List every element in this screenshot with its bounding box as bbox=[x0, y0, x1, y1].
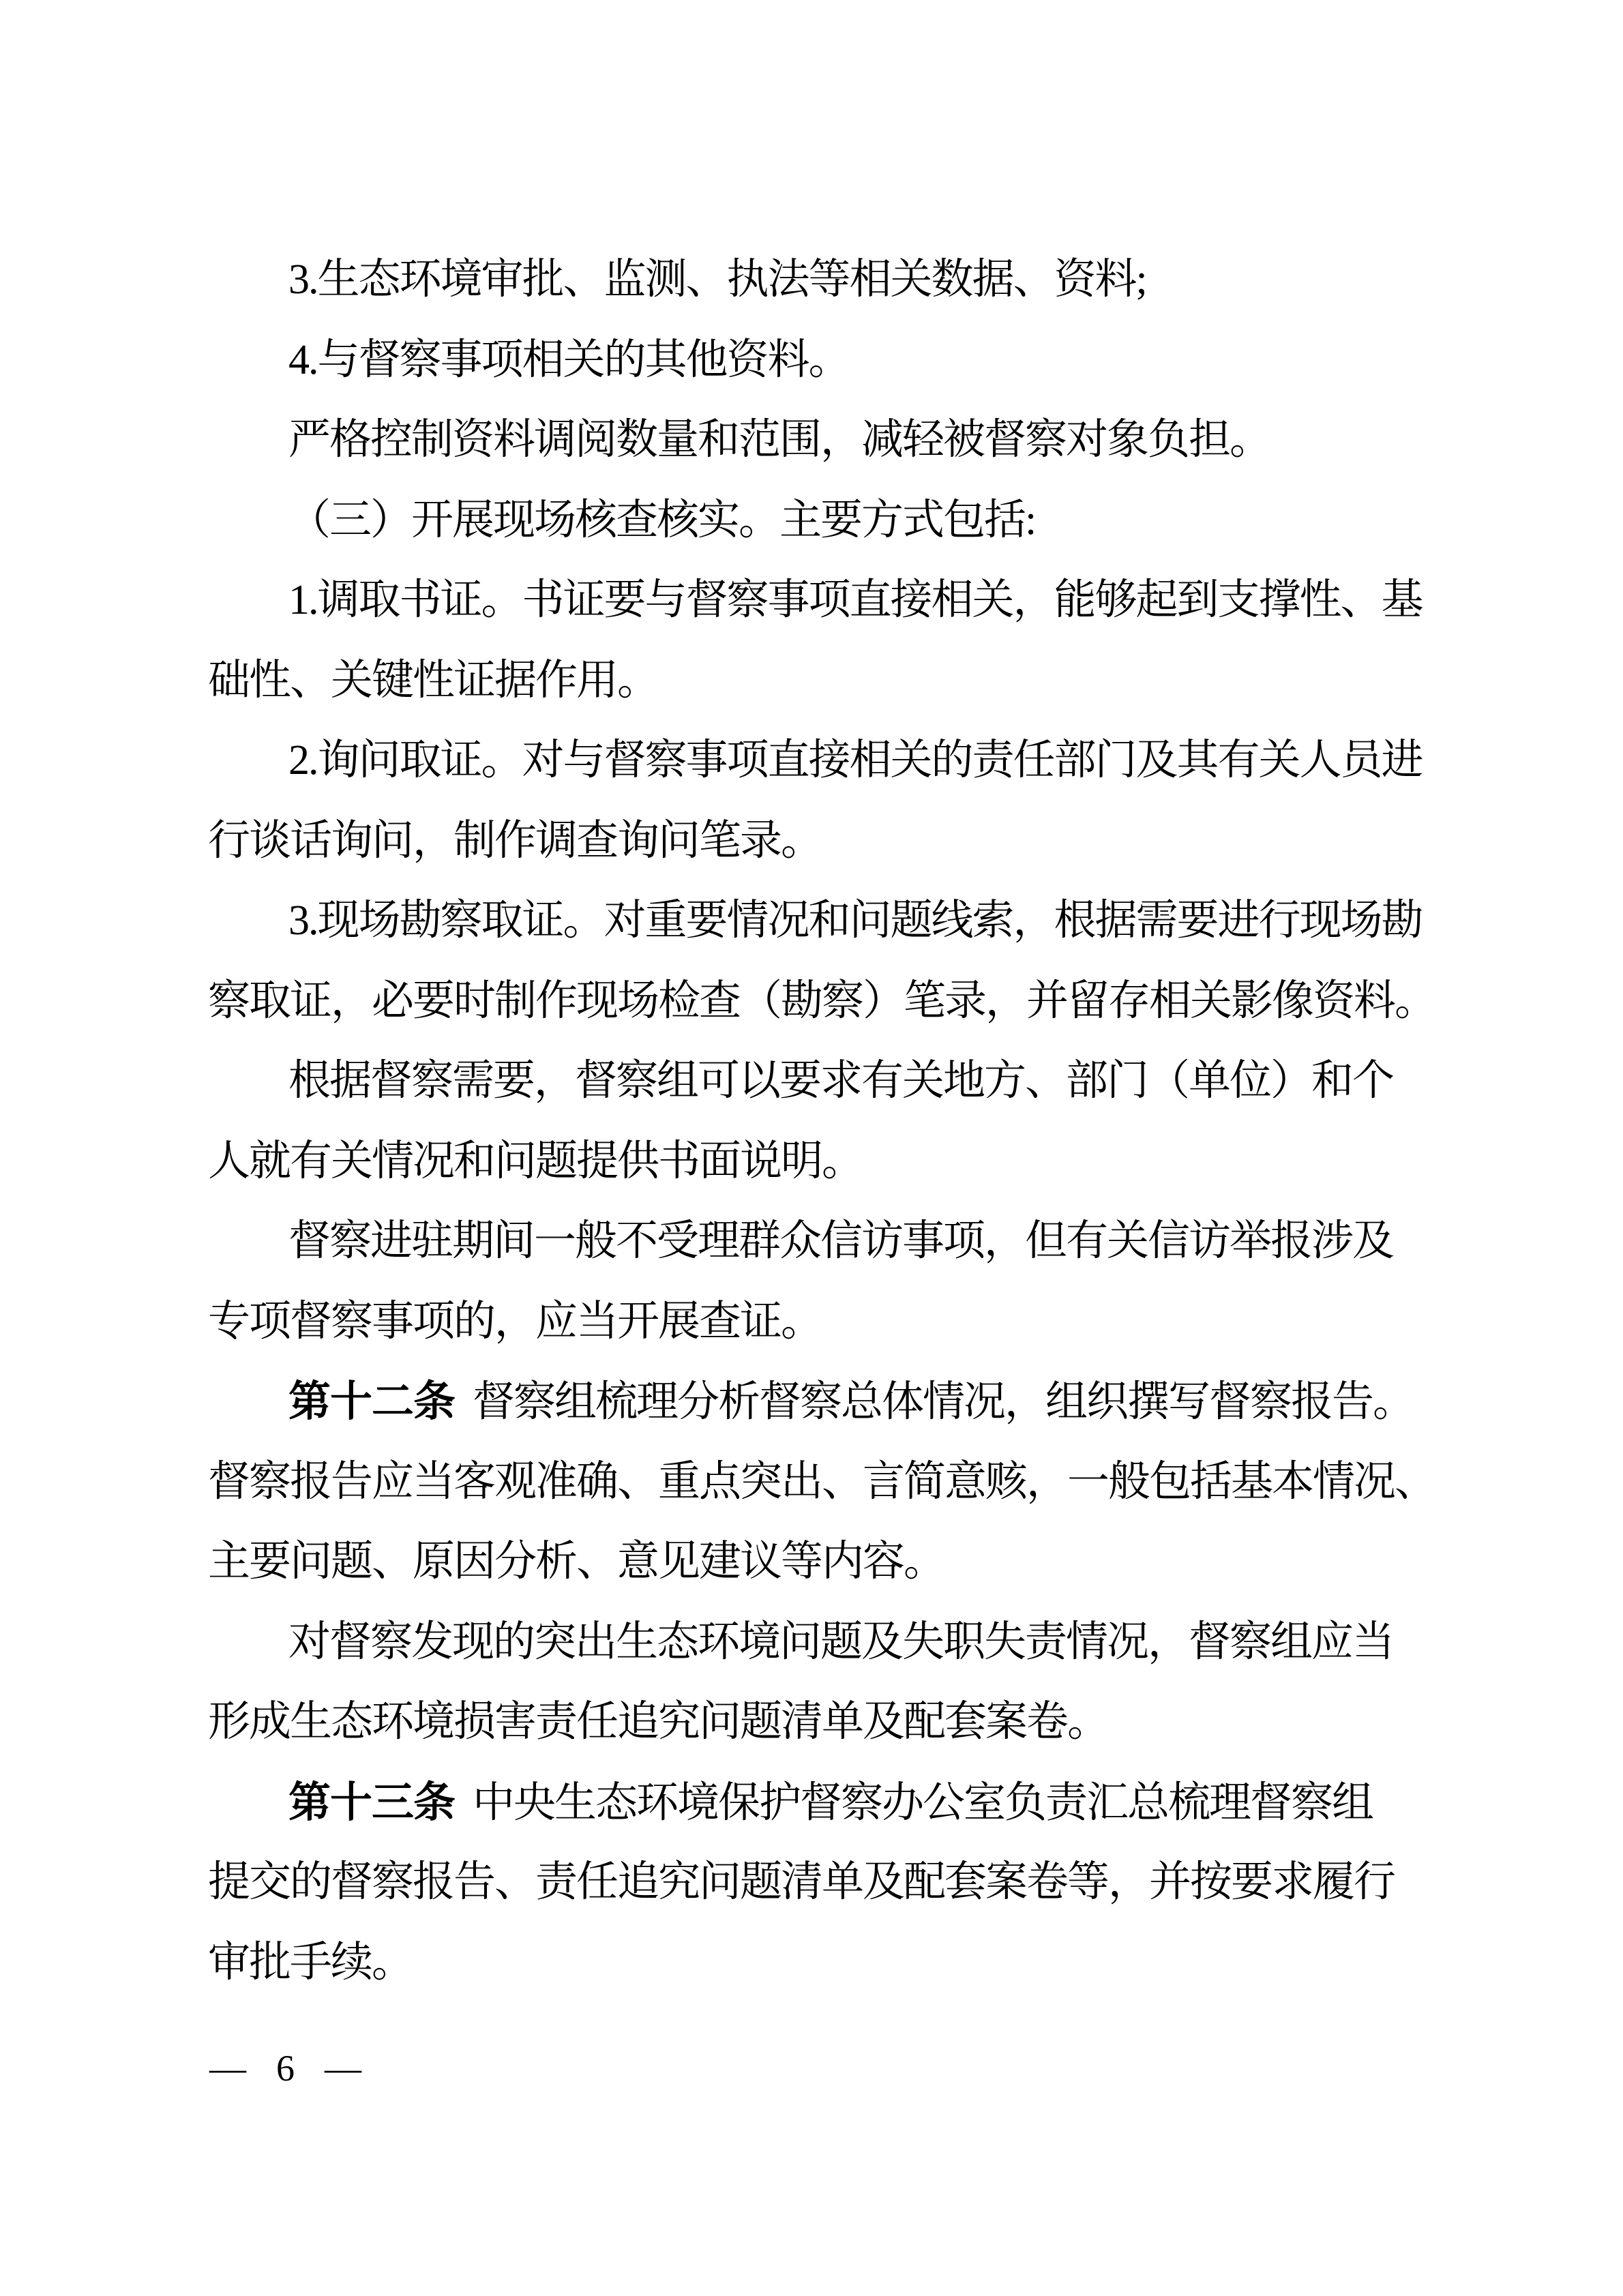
paragraph-line: 础性、关键性证据作用。 bbox=[208, 641, 1425, 721]
line-text: 人就有关情况和问题提供书面说明。 bbox=[208, 1138, 863, 1184]
line-text: 中央生态环境保护督察办公室负责汇总梳理督察组 bbox=[473, 1780, 1373, 1826]
line-text: 础性、关键性证据作用。 bbox=[208, 657, 658, 704]
line-text: 督察组梳理分析督察总体情况，组织撰写督察报告。 bbox=[473, 1379, 1414, 1425]
paragraph-line: 督察报告应当客观准确、重点突出、言简意赅，一般包括基本情况、 bbox=[208, 1442, 1425, 1523]
line-text: （三）开展现场核查核实。主要方式包括: bbox=[288, 497, 1035, 543]
page-footer: — 6 — bbox=[209, 2046, 361, 2091]
paragraph-line: 人就有关情况和问题提供书面说明。 bbox=[208, 1122, 1425, 1202]
footer-dash-right: — bbox=[325, 2047, 361, 2089]
paragraph-line: 提交的督察报告、责任追究问题清单及配套案卷等，并按要求履行 bbox=[208, 1843, 1425, 1923]
paragraph-line: 对督察发现的突出生态环境问题及失职失责情况，督察组应当 bbox=[208, 1602, 1425, 1683]
line-text: 3.现场勘察取证。对重要情况和问题线索，根据需要进行现场勘 bbox=[288, 897, 1423, 944]
line-text: 督察报告应当客观准确、重点突出、言简意赅，一般包括基本情况、 bbox=[208, 1459, 1435, 1505]
footer-dash-left: — bbox=[209, 2047, 246, 2089]
paragraph-line: 专项督察事项的，应当开展查证。 bbox=[208, 1282, 1425, 1362]
article-12-heading: 第十二条 bbox=[288, 1378, 455, 1425]
paragraph-line: 察取证，必要时制作现场检查（勘察）笔录，并留存相关影像资料。 bbox=[208, 961, 1425, 1042]
article-13-heading: 第十三条 bbox=[288, 1779, 455, 1826]
line-text: 对督察发现的突出生态环境问题及失职失责情况，督察组应当 bbox=[288, 1619, 1393, 1665]
paragraph-line: 3.生态环境审批、监测、执法等相关数据、资料; bbox=[208, 240, 1425, 320]
line-text: 根据督察需要，督察组可以要求有关地方、部门（单位）和个 bbox=[288, 1058, 1393, 1104]
document-page: 3.生态环境审批、监测、执法等相关数据、资料; 4.与督察事项相关的其他资料。 … bbox=[0, 0, 1623, 2296]
paragraph-line: 严格控制资料调阅数量和范围，减轻被督察对象负担。 bbox=[208, 400, 1425, 481]
line-text: 4.与督察事项相关的其他资料。 bbox=[288, 337, 850, 383]
line-text: 形成生态环境损害责任追究问题清单及配套案卷。 bbox=[208, 1699, 1108, 1745]
paragraph-line: 第十二条督察组梳理分析督察总体情况，组织撰写督察报告。 bbox=[208, 1362, 1425, 1442]
line-text: 2.询问取证。对与督察事项直接相关的责任部门及其有关人员进 bbox=[288, 737, 1423, 784]
paragraph-line: 2.询问取证。对与督察事项直接相关的责任部门及其有关人员进 bbox=[208, 721, 1425, 801]
paragraph-line: （三）开展现场核查核实。主要方式包括: bbox=[208, 481, 1425, 561]
line-text: 察取证，必要时制作现场检查（勘察）笔录，并留存相关影像资料。 bbox=[208, 978, 1435, 1024]
paragraph-line: 根据督察需要，督察组可以要求有关地方、部门（单位）和个 bbox=[208, 1041, 1425, 1122]
line-text: 严格控制资料调阅数量和范围，减轻被督察对象负担。 bbox=[288, 417, 1270, 463]
paragraph-line: 4.与督察事项相关的其他资料。 bbox=[208, 320, 1425, 401]
line-text: 行谈话询问，制作调查询问笔录。 bbox=[208, 818, 822, 864]
line-text: 督察进驻期间一般不受理群众信访事项，但有关信访举报涉及 bbox=[288, 1218, 1393, 1264]
paragraph-line: 1.调取书证。书证要与督察事项直接相关，能够起到支撑性、基 bbox=[208, 561, 1425, 641]
paragraph-line: 第十三条中央生态环境保护督察办公室负责汇总梳理督察组 bbox=[208, 1763, 1425, 1843]
paragraph-line: 行谈话询问，制作调查询问笔录。 bbox=[208, 801, 1425, 882]
paragraph-line: 督察进驻期间一般不受理群众信访事项，但有关信访举报涉及 bbox=[208, 1202, 1425, 1282]
line-text: 提交的督察报告、责任追究问题清单及配套案卷等，并按要求履行 bbox=[208, 1859, 1395, 1905]
line-text: 主要问题、原因分析、意见建议等内容。 bbox=[208, 1538, 944, 1585]
document-body: 3.生态环境审批、监测、执法等相关数据、资料; 4.与督察事项相关的其他资料。 … bbox=[208, 240, 1425, 2003]
line-text: 1.调取书证。书证要与督察事项直接相关，能够起到支撑性、基 bbox=[288, 577, 1423, 623]
line-text: 专项督察事项的，应当开展查证。 bbox=[208, 1298, 822, 1345]
paragraph-line: 3.现场勘察取证。对重要情况和问题线索，根据需要进行现场勘 bbox=[208, 881, 1425, 961]
paragraph-line: 主要问题、原因分析、意见建议等内容。 bbox=[208, 1522, 1425, 1602]
paragraph-line: 形成生态环境损害责任追究问题清单及配套案卷。 bbox=[208, 1682, 1425, 1763]
paragraph-line: 审批手续。 bbox=[208, 1923, 1425, 2003]
page-number: 6 bbox=[276, 2047, 295, 2089]
line-text: 审批手续。 bbox=[208, 1939, 413, 1986]
line-text: 3.生态环境审批、监测、执法等相关数据、资料; bbox=[288, 256, 1146, 303]
